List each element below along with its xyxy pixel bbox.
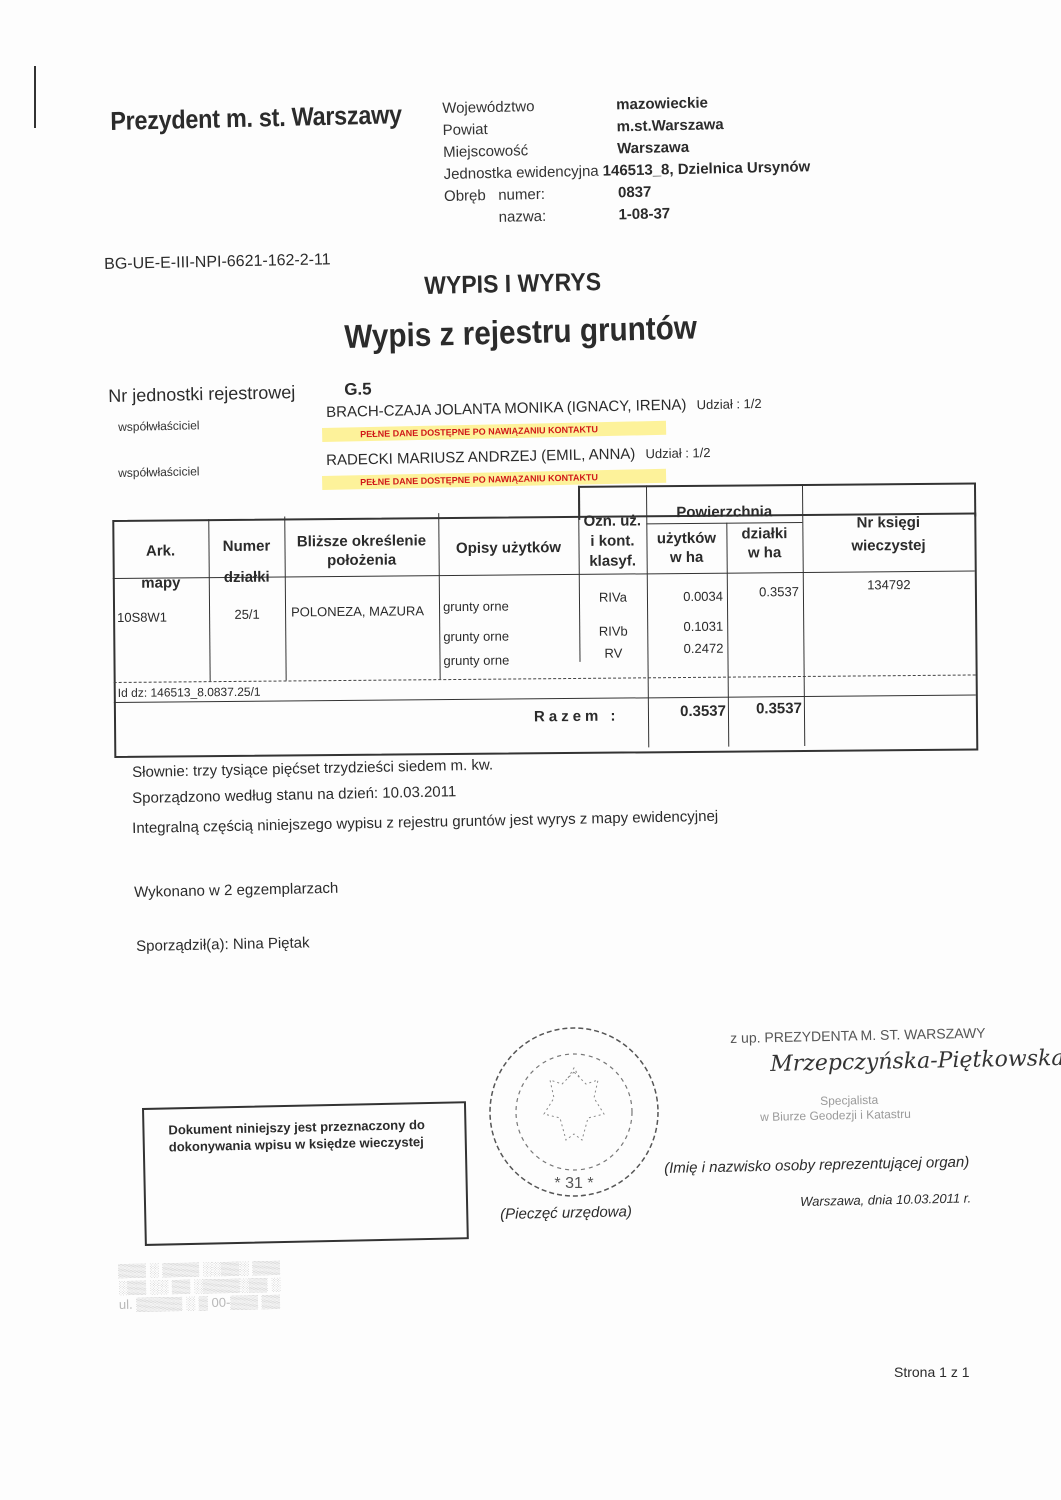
state-date: Sporządzono według stanu na dzień: 10.03… xyxy=(132,783,456,807)
th-opisy: Opisy użytków xyxy=(438,538,578,558)
purpose-text: Dokument niniejszy jest przeznaczony do … xyxy=(168,1115,459,1155)
th-powierzchnia: Powierzchnia xyxy=(646,502,802,522)
copies-note: Wykonano w 2 egzemplarzach xyxy=(134,880,338,901)
th-text: działki xyxy=(209,567,285,587)
eagle-seal-icon: * 31 * xyxy=(484,1022,664,1202)
owner-name: BRACH-CZAJA JOLANTA MONIKA (IGNACY, IREN… xyxy=(326,395,762,421)
owner-name-text: BRACH-CZAJA JOLANTA MONIKA (IGNACY, IREN… xyxy=(326,396,687,421)
admin-value: 146513_8, Dzielnica Ursynów xyxy=(602,156,810,182)
faded-line: ul. ▒▒▒▒▒ ░ ▒ 00-▒▒▒ ▒▒ xyxy=(119,1293,281,1313)
precinct-number-label: numer: xyxy=(498,186,545,204)
admin-value: mazowieckie xyxy=(616,92,708,116)
redaction-notice: PEŁNE DANE DOSTĘPNE PO NAWIĄZANIU KONTAK… xyxy=(322,421,666,442)
th-text: w ha xyxy=(647,548,727,568)
place-date: Warszawa, dnia 10.03.2011 r. xyxy=(800,1190,971,1209)
total-label: Razem : xyxy=(534,708,620,726)
representative-department: w Biurze Geodezji i Katastru xyxy=(760,1107,911,1124)
th-ksiega: Nr księgi wieczystej xyxy=(802,512,974,555)
seal-number: * 31 * xyxy=(554,1175,593,1192)
th-text: Opisy użytków xyxy=(456,539,561,557)
seal-caption: (Pieczęć urzędowa) xyxy=(500,1203,632,1223)
integral-note: Integralną częścią niniejszego wypisu z … xyxy=(132,808,718,837)
admin-value: m.st.Warszawa xyxy=(616,114,723,138)
cell-klasa: RIVa xyxy=(579,589,647,605)
registry-unit-label: Nr jednostki rejestrowej xyxy=(108,382,295,407)
cell-ksiega: 134792 xyxy=(803,576,975,593)
precinct-label: Obręb xyxy=(444,185,488,208)
representative-caption: (Imię i nazwisko osoby reprezentującej o… xyxy=(664,1154,969,1177)
issuer-name: Prezydent m. st. Warszawy xyxy=(110,99,402,137)
document-subtitle: Wypis z rejestru gruntów xyxy=(344,308,697,356)
official-seal: * 31 * xyxy=(484,1022,664,1202)
th-text: i kont. xyxy=(578,531,646,552)
admin-value: Warszawa xyxy=(617,137,689,161)
th-text: Ozn. uż. xyxy=(578,511,646,532)
cell-ark: 10S8W1 xyxy=(117,610,167,625)
th-text: użytków xyxy=(646,529,726,549)
th-text: działki xyxy=(726,524,802,544)
th-text: położenia xyxy=(285,550,439,570)
cell-numer: 25/1 xyxy=(209,606,285,622)
area-in-words: Słownie: trzy tysiące pięćset trzydzieśc… xyxy=(132,756,493,781)
land-register-table: Ark. mapy Numer działki Bliższe określen… xyxy=(112,482,976,756)
administrative-info: Województwo mazowieckie Powiat m.st.Wars… xyxy=(442,90,811,230)
th-text: w ha xyxy=(726,543,802,563)
author-note: Sporządził(a): Nina Piętak xyxy=(136,934,310,955)
owner-share: Udział : 1/2 xyxy=(645,445,710,461)
th-text: Nr księgi xyxy=(802,512,974,533)
cell-dzialki-ha: 0.3537 xyxy=(727,584,799,600)
precinct-number-value: 0837 xyxy=(618,182,652,205)
cell-opis: grunty orne xyxy=(443,653,509,669)
registry-unit-value: G.5 xyxy=(344,379,372,400)
page-number: Strona 1 z 1 xyxy=(894,1364,970,1380)
parcel-id: Id dz: 146513_8.0837.25/1 xyxy=(118,685,261,700)
th-ozn: Ozn. uż. i kont. klasyf. xyxy=(578,511,647,572)
precinct-name-label: nazwa: xyxy=(499,208,547,226)
th-text: mapy xyxy=(141,574,180,591)
th-dzialki: działki w ha xyxy=(726,524,802,563)
case-reference: BG-UE-E-III-NPI-6621-162-2-11 xyxy=(104,251,331,274)
cell-ha: 0.1031 xyxy=(647,619,723,635)
admin-label: Jednostka ewidencyjna xyxy=(443,161,599,186)
th-ark-2: mapy xyxy=(113,573,209,593)
document-title: WYPIS I WYRYS xyxy=(424,268,601,301)
th-numer: Numer działki xyxy=(208,536,284,587)
representative-title: Specjalista xyxy=(820,1093,878,1108)
precinct-name-value: 1-08-37 xyxy=(618,203,670,226)
th-text: wieczystej xyxy=(802,535,974,556)
precinct-name-label-group: nazwa: xyxy=(444,204,618,230)
cell-opis: grunty orne xyxy=(443,629,509,645)
cell-klasa: RIVb xyxy=(579,623,647,639)
th-text: Ark. xyxy=(146,542,175,559)
th-text: Numer xyxy=(208,536,284,556)
spacer xyxy=(445,222,489,223)
cell-blizsze: POLONEZA, MAZURA xyxy=(291,603,424,619)
representative-stamp: z up. PREZYDENTA M. ST. WARSZAWY xyxy=(730,1025,986,1046)
total-uzytkow: 0.3537 xyxy=(648,703,726,721)
th-ark: Ark. xyxy=(112,541,208,561)
cell-opis: grunty orne xyxy=(443,599,509,615)
th-blizsze: Bliższe określenie położenia xyxy=(284,531,438,570)
cell-ha: 0.0034 xyxy=(647,589,723,605)
th-text: Powierzchnia xyxy=(676,503,772,521)
scan-margin-mark xyxy=(34,66,36,128)
owner-name-text: RADECKI MARIUSZ ANDRZEJ (EMIL, ANNA) xyxy=(326,446,636,469)
cell-ha: 0.2472 xyxy=(647,641,723,657)
owner-name: RADECKI MARIUSZ ANDRZEJ (EMIL, ANNA) Udz… xyxy=(326,444,711,469)
th-uzytkow: użytków w ha xyxy=(646,529,726,568)
owner-role: współwłaściciel xyxy=(118,464,200,480)
faded-office-stamp: ▒▒▒ ░ ▒▒▒▒ ░░▒▒░ ▒▒▒ ░▒▒ ░░ ▒▒ ░▒▒▒▒░▒▒ … xyxy=(118,1259,281,1313)
owner-share: Udział : 1/2 xyxy=(696,396,761,412)
th-text: klasyf. xyxy=(579,551,647,572)
cell-klasa: RV xyxy=(579,645,647,661)
purpose-box: Dokument niniejszy jest przeznaczony do … xyxy=(142,1101,469,1246)
total-dzialki: 0.3537 xyxy=(728,700,802,718)
th-text: Bliższe określenie xyxy=(284,531,438,551)
signature: Mrzepczyńska-Piętkowska xyxy=(770,1046,1061,1077)
owner-role: współwłaściciel xyxy=(118,418,200,434)
